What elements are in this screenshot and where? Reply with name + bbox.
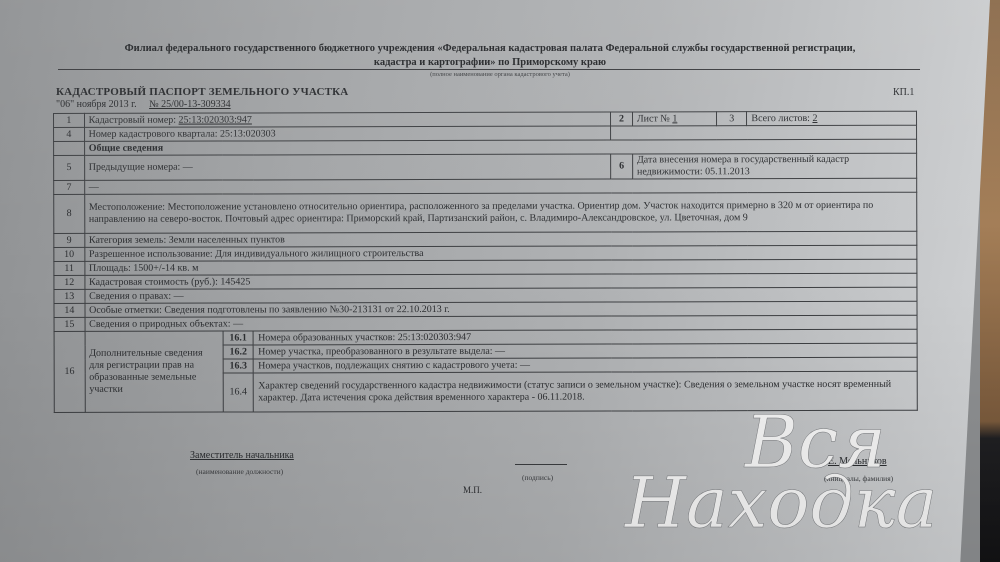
- empty-cell: [54, 141, 85, 155]
- row-number: 7: [54, 180, 85, 194]
- organization-rule: [58, 69, 920, 70]
- form-code: КП.1: [893, 87, 914, 98]
- passport-table: 1 Кадастровый номер: 25:13:020303:947 2 …: [53, 111, 918, 413]
- signatory-name-caption: (инициалы, фамилия): [824, 474, 893, 483]
- seal-place: М.П.: [463, 485, 482, 495]
- sheet-number-cell: Лист № 1: [632, 112, 716, 126]
- cadastral-number-cell: Кадастровый номер: 25:13:020303:947: [84, 112, 611, 127]
- row-number: 12: [54, 275, 85, 289]
- total-sheets-label: Всего листов:: [751, 113, 810, 124]
- organization-caption: (полное наименование органа кадастрового…: [0, 71, 1000, 78]
- row-number: 1: [54, 113, 85, 127]
- cadastral-number-value: 25:13:020303:947: [179, 114, 252, 125]
- row-number: 4: [54, 127, 85, 141]
- cadastral-quarter: Номер кадастрового квартала: 25:13:02030…: [84, 126, 611, 141]
- signature-caption: (подпись): [522, 473, 553, 482]
- sub-row-number: 16.2: [223, 345, 254, 359]
- document-date: "06" ноября 2013 г.: [56, 99, 137, 110]
- row-number: 10: [54, 247, 85, 261]
- signatory-name: Е. Мельников: [828, 456, 887, 467]
- row-number: 5: [54, 155, 85, 180]
- sub-row-number: 16.1: [223, 331, 254, 345]
- signature-line: [515, 464, 567, 465]
- document-dateline: "06" ноября 2013 г. № 25/00-13-309334: [56, 99, 231, 110]
- cadastral-number-label: Кадастровый номер:: [89, 114, 176, 125]
- sheet-number-value: 1: [672, 113, 677, 124]
- organization-line-2: кадастра и картографии» по Приморскому к…: [60, 56, 920, 70]
- table-row: 5 Предыдущие номера: — 6 Дата внесения н…: [54, 153, 917, 180]
- signatory-position: Заместитель начальника: [190, 450, 294, 461]
- row-number: 16: [54, 331, 85, 412]
- row-number: 3: [716, 112, 746, 126]
- signatory-position-caption: (наименование должности): [196, 467, 283, 476]
- sub-row-number: 16.4: [223, 373, 254, 412]
- row-number: 13: [54, 289, 85, 303]
- row-number: 15: [54, 317, 85, 331]
- row-number: 9: [54, 233, 85, 247]
- previous-numbers: Предыдущие номера: —: [84, 154, 611, 180]
- table-row: 8 Местоположение: Местоположение установ…: [54, 192, 917, 233]
- row-number: 6: [611, 154, 633, 179]
- sub-row-number: 16.3: [223, 359, 254, 373]
- organization-line-1: Филиал федерального государственного бюд…: [60, 42, 920, 56]
- row-number: 8: [54, 194, 85, 233]
- total-sheets-cell: Всего листов: 2: [747, 111, 917, 125]
- sheet-number-label: Лист №: [637, 113, 670, 124]
- additional-info-label: Дополнительные сведения для регистрации …: [85, 331, 223, 412]
- document-number: № 25/00-13-309334: [149, 99, 230, 110]
- row-number: 11: [54, 261, 85, 275]
- row-number: 14: [54, 303, 85, 317]
- registration-date: Дата внесения номера в государственный к…: [632, 153, 916, 179]
- empty-cell: [611, 125, 917, 140]
- row-number: 2: [611, 112, 633, 126]
- record-status: Характер сведений государственного кадас…: [254, 371, 918, 412]
- organization-name: Филиал федерального государственного бюд…: [60, 42, 920, 70]
- total-sheets-value: 2: [812, 112, 817, 123]
- location: Местоположение: Местоположение установле…: [84, 192, 917, 233]
- document-title: КАДАСТРОВЫЙ ПАСПОРТ ЗЕМЕЛЬНОГО УЧАСТКА: [56, 86, 348, 98]
